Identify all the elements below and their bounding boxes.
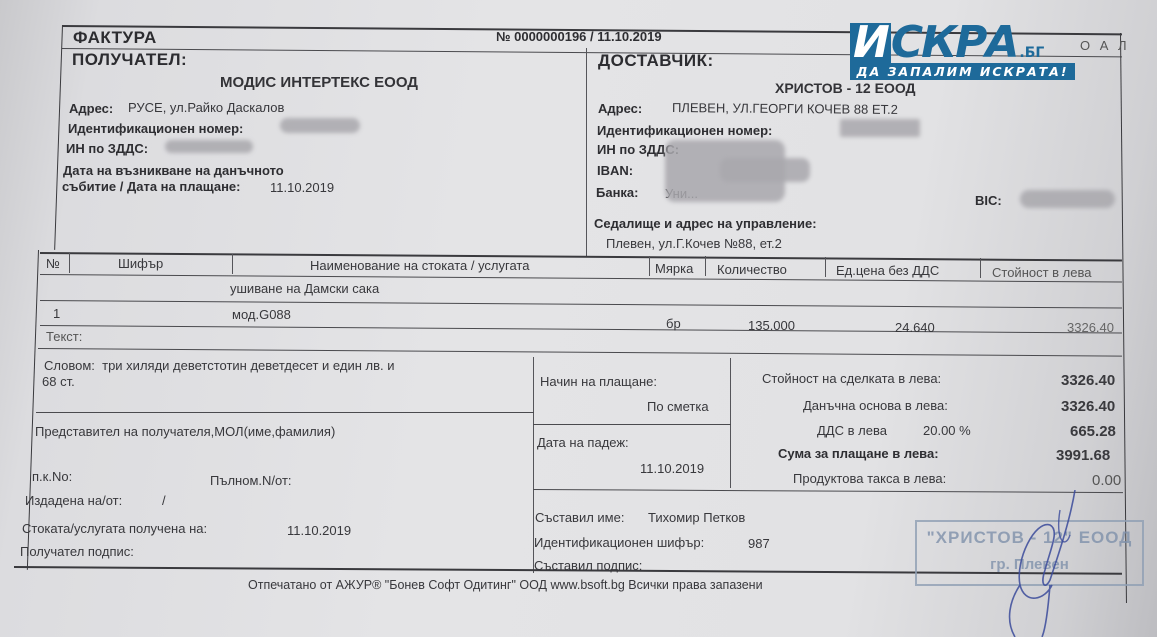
- col-divider: [649, 256, 650, 276]
- supplier-name: ХРИСТОВ - 12 ЕООД: [775, 80, 916, 96]
- supplier-id-label: Идентификационен номер:: [597, 123, 772, 138]
- row-total: 3326.40: [1067, 320, 1114, 335]
- vat-value: 665.28: [1070, 423, 1116, 440]
- invoice-title: ФАКТУРА: [73, 28, 157, 48]
- due-date-label: Дата на падеж:: [537, 435, 629, 450]
- col-header-no: №: [46, 256, 60, 271]
- frame-left-line-top: [54, 25, 63, 250]
- logo-suffix: .БГ: [1019, 45, 1044, 61]
- pk-label: п.к.No:: [32, 469, 72, 484]
- col-divider: [69, 253, 70, 273]
- col-header-unit-price: Ед.цена без ДДС: [836, 263, 939, 278]
- invoice-document: ФАКТУРА № 0000000196 / 11.10.2019 О А Л …: [0, 0, 1157, 637]
- table-top-line: [40, 252, 1122, 262]
- words-bottom-line: [36, 412, 534, 413]
- bottom-divider-mid: [730, 358, 731, 488]
- product-fee-label: Продуктова такса в лева:: [793, 471, 946, 486]
- supplier-address-value: ПЛЕВЕН, УЛ.ГЕОРГИ КОЧЕВ 88 ЕТ.2: [672, 100, 898, 117]
- iskra-logo: ИСКРА .БГ ДА ЗАПАЛИМ ИСКРАТА!: [850, 21, 1075, 80]
- frame-right-line: [1120, 33, 1127, 603]
- text-row-bottom: [38, 348, 1122, 357]
- product-fee-value: 0.00: [1092, 472, 1121, 489]
- text-label: Текст:: [46, 329, 82, 344]
- col-header-qty: Количество: [717, 262, 787, 277]
- row-name: мод.G088: [232, 307, 291, 322]
- in-words-line2: 68 ст.: [42, 374, 75, 389]
- compiler-name-label: Съставил име:: [535, 510, 624, 525]
- tax-event-label-1: Дата на възникване на данъчното: [63, 163, 284, 178]
- in-words-line1: Словом: три хиляди деветстотин деветдесе…: [44, 358, 394, 373]
- in-words-value: три хиляди деветстотин деветдесет и един…: [102, 358, 394, 373]
- poa-label: Пълном.N/от:: [210, 473, 292, 488]
- payment-divider: [533, 424, 731, 425]
- recipient-name: МОДИС ИНТЕРТЕКС ЕООД: [220, 74, 418, 91]
- col-header-unit: Мярка: [655, 261, 693, 276]
- row-no: 1: [53, 306, 60, 321]
- footer-text: Отпечатано от АЖУР® "Бонев Софт Одитинг"…: [248, 578, 763, 592]
- total-due-label: Сума за плащане в лева:: [778, 446, 939, 461]
- recipient-address-value: РУСЕ, ул.Райко Даскалов: [128, 100, 284, 115]
- received-on-label: Стоката/услугата получена на:: [22, 521, 207, 536]
- supplier-iban-label: IBAN:: [597, 163, 633, 178]
- supplier-id-redacted: [840, 119, 920, 137]
- table-row-bottom: [40, 325, 1122, 334]
- compiler-name-value: Тихомир Петков: [648, 510, 745, 525]
- supplier-seat-label: Седалище и адрес на управление:: [594, 216, 817, 231]
- recipient-vat-label: ИН по ЗДДС:: [66, 141, 148, 156]
- col-header-code: Шифър: [118, 256, 163, 271]
- logo-word: ИСКРА: [850, 23, 1017, 63]
- supplier-bic-redacted: [1020, 190, 1115, 208]
- vat-rate: 20.00 %: [923, 423, 971, 438]
- in-words-label: Словом:: [44, 358, 95, 373]
- tax-base-value: 3326.40: [1061, 398, 1115, 415]
- payment-method-value: По сметка: [647, 399, 709, 414]
- due-date-value: 11.10.2019: [640, 461, 704, 476]
- row-unit-price: 24.640: [895, 320, 935, 335]
- logo-first-letter: И: [850, 23, 891, 63]
- signature-scribble: [990, 490, 1100, 637]
- row-qty: 135.000: [748, 318, 795, 333]
- supplier-bic-label: BIC:: [975, 193, 1002, 208]
- row-unit: бр: [666, 316, 681, 331]
- supplier-heading: ДОСТАВЧИК:: [598, 51, 714, 71]
- table-header-divider: [40, 274, 1122, 283]
- issued-label: Издадена на/от:: [25, 493, 122, 508]
- tax-event-label-2: събитие / Дата на плащане:: [62, 179, 240, 194]
- vat-label: ДДС в лева: [817, 423, 887, 438]
- receiver-signature-label: Получател подпис:: [20, 544, 134, 559]
- item-description: ушиване на Дамски сака: [230, 281, 379, 296]
- col-divider: [980, 258, 981, 278]
- tax-base-label: Данъчна основа в лева:: [803, 398, 948, 413]
- payment-method-label: Начин на плащане:: [540, 374, 657, 389]
- recipient-id-label: Идентификационен номер:: [68, 121, 243, 136]
- tax-event-date: 11.10.2019: [270, 180, 334, 195]
- logo-rest: СКРА: [891, 17, 1018, 68]
- supplier-iban-redacted: [720, 158, 810, 182]
- col-divider: [705, 256, 706, 276]
- recipient-supplier-divider: [586, 48, 587, 256]
- recipient-vat-redacted: [165, 140, 253, 153]
- compiler-code-value: 987: [748, 536, 770, 551]
- col-header-total: Стойност в лева: [992, 265, 1092, 280]
- col-header-name: Наименование на стоката / услугата: [310, 258, 529, 273]
- col-divider: [825, 257, 826, 277]
- received-on-value: 11.10.2019: [287, 523, 351, 538]
- recipient-address-label: Адрес:: [69, 101, 113, 116]
- supplier-seat-value: Плевен, ул.Г.Кочев №88, ет.2: [606, 236, 782, 251]
- total-due-value: 3991.68: [1056, 447, 1110, 464]
- recipient-heading: ПОЛУЧАТЕЛ:: [72, 50, 187, 70]
- compiler-code-label: Идентификационен шифър:: [534, 535, 704, 550]
- deal-value: 3326.40: [1061, 372, 1115, 389]
- compiler-signature-label: Съставил подпис:: [534, 558, 642, 573]
- logo-tagline: ДА ЗАПАЛИМ ИСКРАТА!: [850, 63, 1075, 80]
- supplier-address-label: Адрес:: [598, 101, 642, 116]
- issued-value: /: [162, 493, 166, 508]
- col-divider: [232, 254, 233, 274]
- supplier-bank-label: Банка:: [596, 185, 639, 200]
- deal-value-label: Стойност на сделката в лева:: [762, 371, 941, 386]
- table-row-divider: [40, 300, 1122, 309]
- original-mark: О А Л: [1080, 38, 1130, 53]
- receiver-rep-label: Представител на получателя,МОЛ(име,фамил…: [35, 424, 335, 439]
- invoice-number: № 0000000196 / 11.10.2019: [496, 29, 662, 44]
- recipient-id-redacted: [280, 118, 360, 133]
